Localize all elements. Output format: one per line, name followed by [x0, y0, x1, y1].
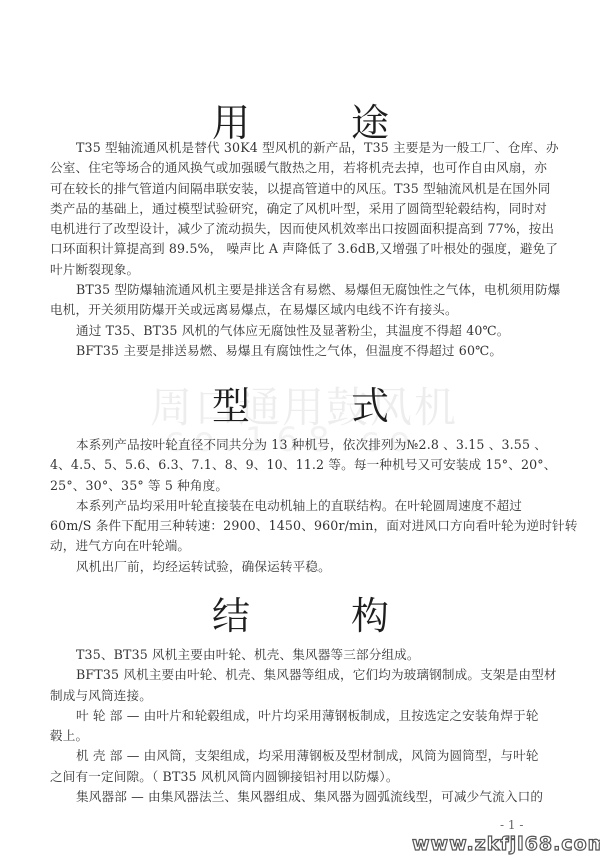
watermark-company: 周口通用鼓风机: [150, 375, 470, 435]
text-line: 4、4.5、5、5.6、6.3、7.1、8、9、10、11.2 等。每一种机号又…: [50, 455, 540, 475]
text-line: 制成与风筒连接。: [50, 686, 540, 706]
text-line: 机 壳 部 — 由风筒，支架组成，均采用薄钢板及型材制成，风筒为圆筒型，与叶轮: [50, 746, 540, 766]
text-line: 60m/S 条件下配用三种转速：2900、1450、960r/min，面对进风口…: [50, 516, 540, 536]
section-body-type: 本系列产品按叶轮直径不同共分为 13 种机号，依次排列为№2.8 、3.15 、…: [50, 435, 540, 577]
text-line: 之间有一定间隙。（ BT35 风机风筒内圆铆接铝衬用以防爆）。: [50, 767, 540, 787]
heading-char: 构: [351, 585, 389, 640]
heading-char: 结: [212, 585, 250, 640]
section-body-structure: T35、BT35 风机主要由叶轮、机壳、集风器等三部分组成。 BFT35 风机主…: [50, 645, 540, 807]
text-line: T35、BT35 风机主要由叶轮、机壳、集风器等三部分组成。: [50, 645, 540, 665]
text-line: 集风器部 — 由集风器法兰、集风器组成、集风器为圆弧流线型，可减少气流入口的: [50, 787, 540, 807]
text-line: T35 型轴流通风机是替代 30K4 型风机的新产品，T35 主要是为一般工厂、…: [50, 138, 540, 158]
text-line: 可在较长的排气管道内间隔串联安装，以提高管道中的风压。T35 型轴流风机是在国外…: [50, 179, 540, 199]
text-line: 毂上。: [50, 726, 540, 746]
text-line: 公室、住宅等场合的通风换气或加强暖气散热之用，若将机壳去掉，也可作自由风扇，亦: [50, 158, 540, 178]
text-line: 口环面积计算提高到 89.5%， 噪声比 A 声降低了 3.6dB,又增强了叶根…: [50, 239, 540, 259]
text-line: 通过 T35、BT35 风机的气体应无腐蚀性及显著粉尘，其温度不得超 40℃。: [50, 321, 540, 341]
text-line: 类产品的基础上，通过模型试验研究，确定了风机叶型，采用了圆筒型轮毂结构，同时对: [50, 199, 540, 219]
text-line: 25°、30°、35° 等 5 种角度。: [50, 476, 540, 496]
text-line: 动，进气方向在叶轮端。: [50, 536, 540, 556]
text-line: 电机，开关须用防爆开关或远离易爆点，在易爆区域内电线不许有接头。: [50, 300, 540, 320]
text-line: 叶片断裂现象。: [50, 260, 540, 280]
section-body-usage: T35 型轴流通风机是替代 30K4 型风机的新产品，T35 主要是为一般工厂、…: [50, 138, 540, 361]
text-line: BT35 型防爆轴流通风机主要是排送含有易燃、易爆但无腐蚀性之气体，电机须用防爆: [50, 280, 540, 300]
text-line: 本系列产品按叶轮直径不同共分为 13 种机号，依次排列为№2.8 、3.15 、…: [50, 435, 540, 455]
heading-char: 型: [212, 375, 250, 430]
text-line: BFT35 风机主要由叶轮、机壳、集风器等组成，它们均为玻璃钢制成。支架是由型材: [50, 665, 540, 685]
text-line: 叶 轮 部 — 由叶片和轮毂组成，叶片均采用薄钢板制成，且按选定之安装角焊于轮: [50, 706, 540, 726]
document-page: 用 途 T35 型轴流通风机是替代 30K4 型风机的新产品，T35 主要是为一…: [0, 0, 600, 860]
page-number: - 1 -: [500, 818, 523, 832]
text-line: 本系列产品均采用叶轮直接装在电动机轴上的直联结构。在叶轮圆周速度不超过: [50, 496, 540, 516]
site-watermark: www.zkfjl68.com: [412, 833, 600, 855]
text-line: 风机出厂前，均经运转试验，确保运转平稳。: [50, 557, 540, 577]
text-line: BFT35 主要是排送易燃、易爆且有腐蚀性之气体，但温度不得超过 60℃。: [50, 341, 540, 361]
text-line: 电机进行了改型设计，减少了流动损失，因而使风机效率出口按圆面积提高到 77%，按…: [50, 219, 540, 239]
heading-char: 式: [351, 375, 389, 430]
